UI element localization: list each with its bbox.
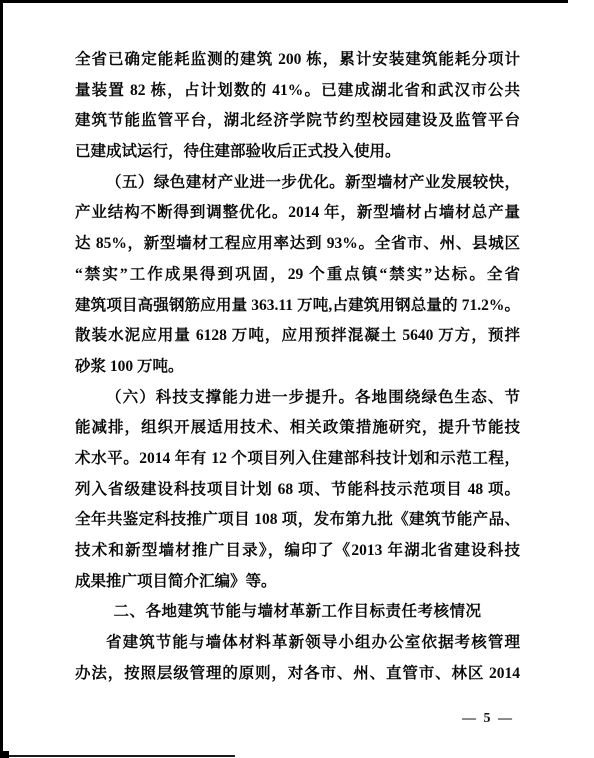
text-line: 成果推广项目简介汇编》等。	[75, 567, 520, 598]
section-lead-5: （五）绿色建材产业进一步优化。	[106, 174, 345, 191]
text-line: “禁实”工作成果得到巩固，29 个重点镇“禁实”达标。全省	[75, 260, 520, 291]
document-body: 全省已确定能耗监测的建筑 200 栋，累计安装建筑能耗分项计 量装置 82 栋，…	[75, 45, 520, 689]
scan-edge-bottom	[0, 755, 235, 757]
page-number: — 5 —	[455, 708, 521, 730]
text-line: （六）科技支撑能力进一步提升。各地围绕绿色生态、节	[75, 383, 520, 414]
text-line: 建筑项目高强钢筋应用量 363.11 万吨,占建筑用钢总量的 71.2%。	[75, 291, 520, 322]
scan-edge-top	[0, 0, 568, 3]
text-run: 新型墙材产业发展较快，	[345, 174, 520, 191]
text-line: 产业结构不断得到调整优化。2014 年，新型墙材占墙材总产量	[75, 198, 520, 229]
text-line: 办法，按照层级管理的原则，对各市、州、直管市、林区 2014	[75, 659, 520, 690]
scan-edge-corner	[0, 751, 9, 758]
text-line: 量装置 82 栋，占计划数的 41%。已建成湖北省和武汉市公共	[75, 76, 520, 107]
text-line: 达 85%，新型墙材工程应用率达到 93%。全省市、州、县城区	[75, 229, 520, 260]
text-line: 能减排，组织开展适用技术、相关政策措施研究，提升节能技	[75, 413, 520, 444]
text-run: 各地围绕绿色生态、节	[355, 389, 520, 406]
text-line: 建筑节能监管平台，湖北经济学院节约型校园建设及监管平台	[75, 106, 520, 137]
text-line: 技术和新型墙材推广目录》，编印了《2013 年湖北省建设科技	[75, 536, 520, 567]
text-line: 散装水泥应用量 6128 万吨，应用预拌混凝土 5640 万方，预拌	[75, 321, 520, 352]
section-lead-6: （六）科技支撑能力进一步提升。	[106, 389, 355, 406]
text-line: 列入省级建设科技项目计划 68 项、节能科技示范项目 48 项。	[75, 475, 520, 506]
text-line: 砂浆 100 万吨。	[75, 352, 520, 383]
document-page: 全省已确定能耗监测的建筑 200 栋，累计安装建筑能耗分项计 量装置 82 栋，…	[0, 0, 594, 758]
text-line: 术水平。2014 年有 12 个项目列入住建部科技计划和示范工程，	[75, 444, 520, 475]
text-line: 省建筑节能与墙体材料革新领导小组办公室依据考核管理	[75, 628, 520, 659]
text-line: （五）绿色建材产业进一步优化。新型墙材产业发展较快，	[75, 168, 520, 199]
scan-edge-left	[0, 0, 3, 758]
text-line: 全省已确定能耗监测的建筑 200 栋，累计安装建筑能耗分项计	[75, 45, 520, 76]
text-line: 已建成试运行，待住建部验收后正式投入使用。	[75, 137, 520, 168]
text-line: 全年共鉴定科技推广项目 108 项，发布第九批《建筑节能产品、	[75, 505, 520, 536]
section-heading: 二、各地建筑节能与墙材革新工作目标责任考核情况	[75, 597, 520, 628]
